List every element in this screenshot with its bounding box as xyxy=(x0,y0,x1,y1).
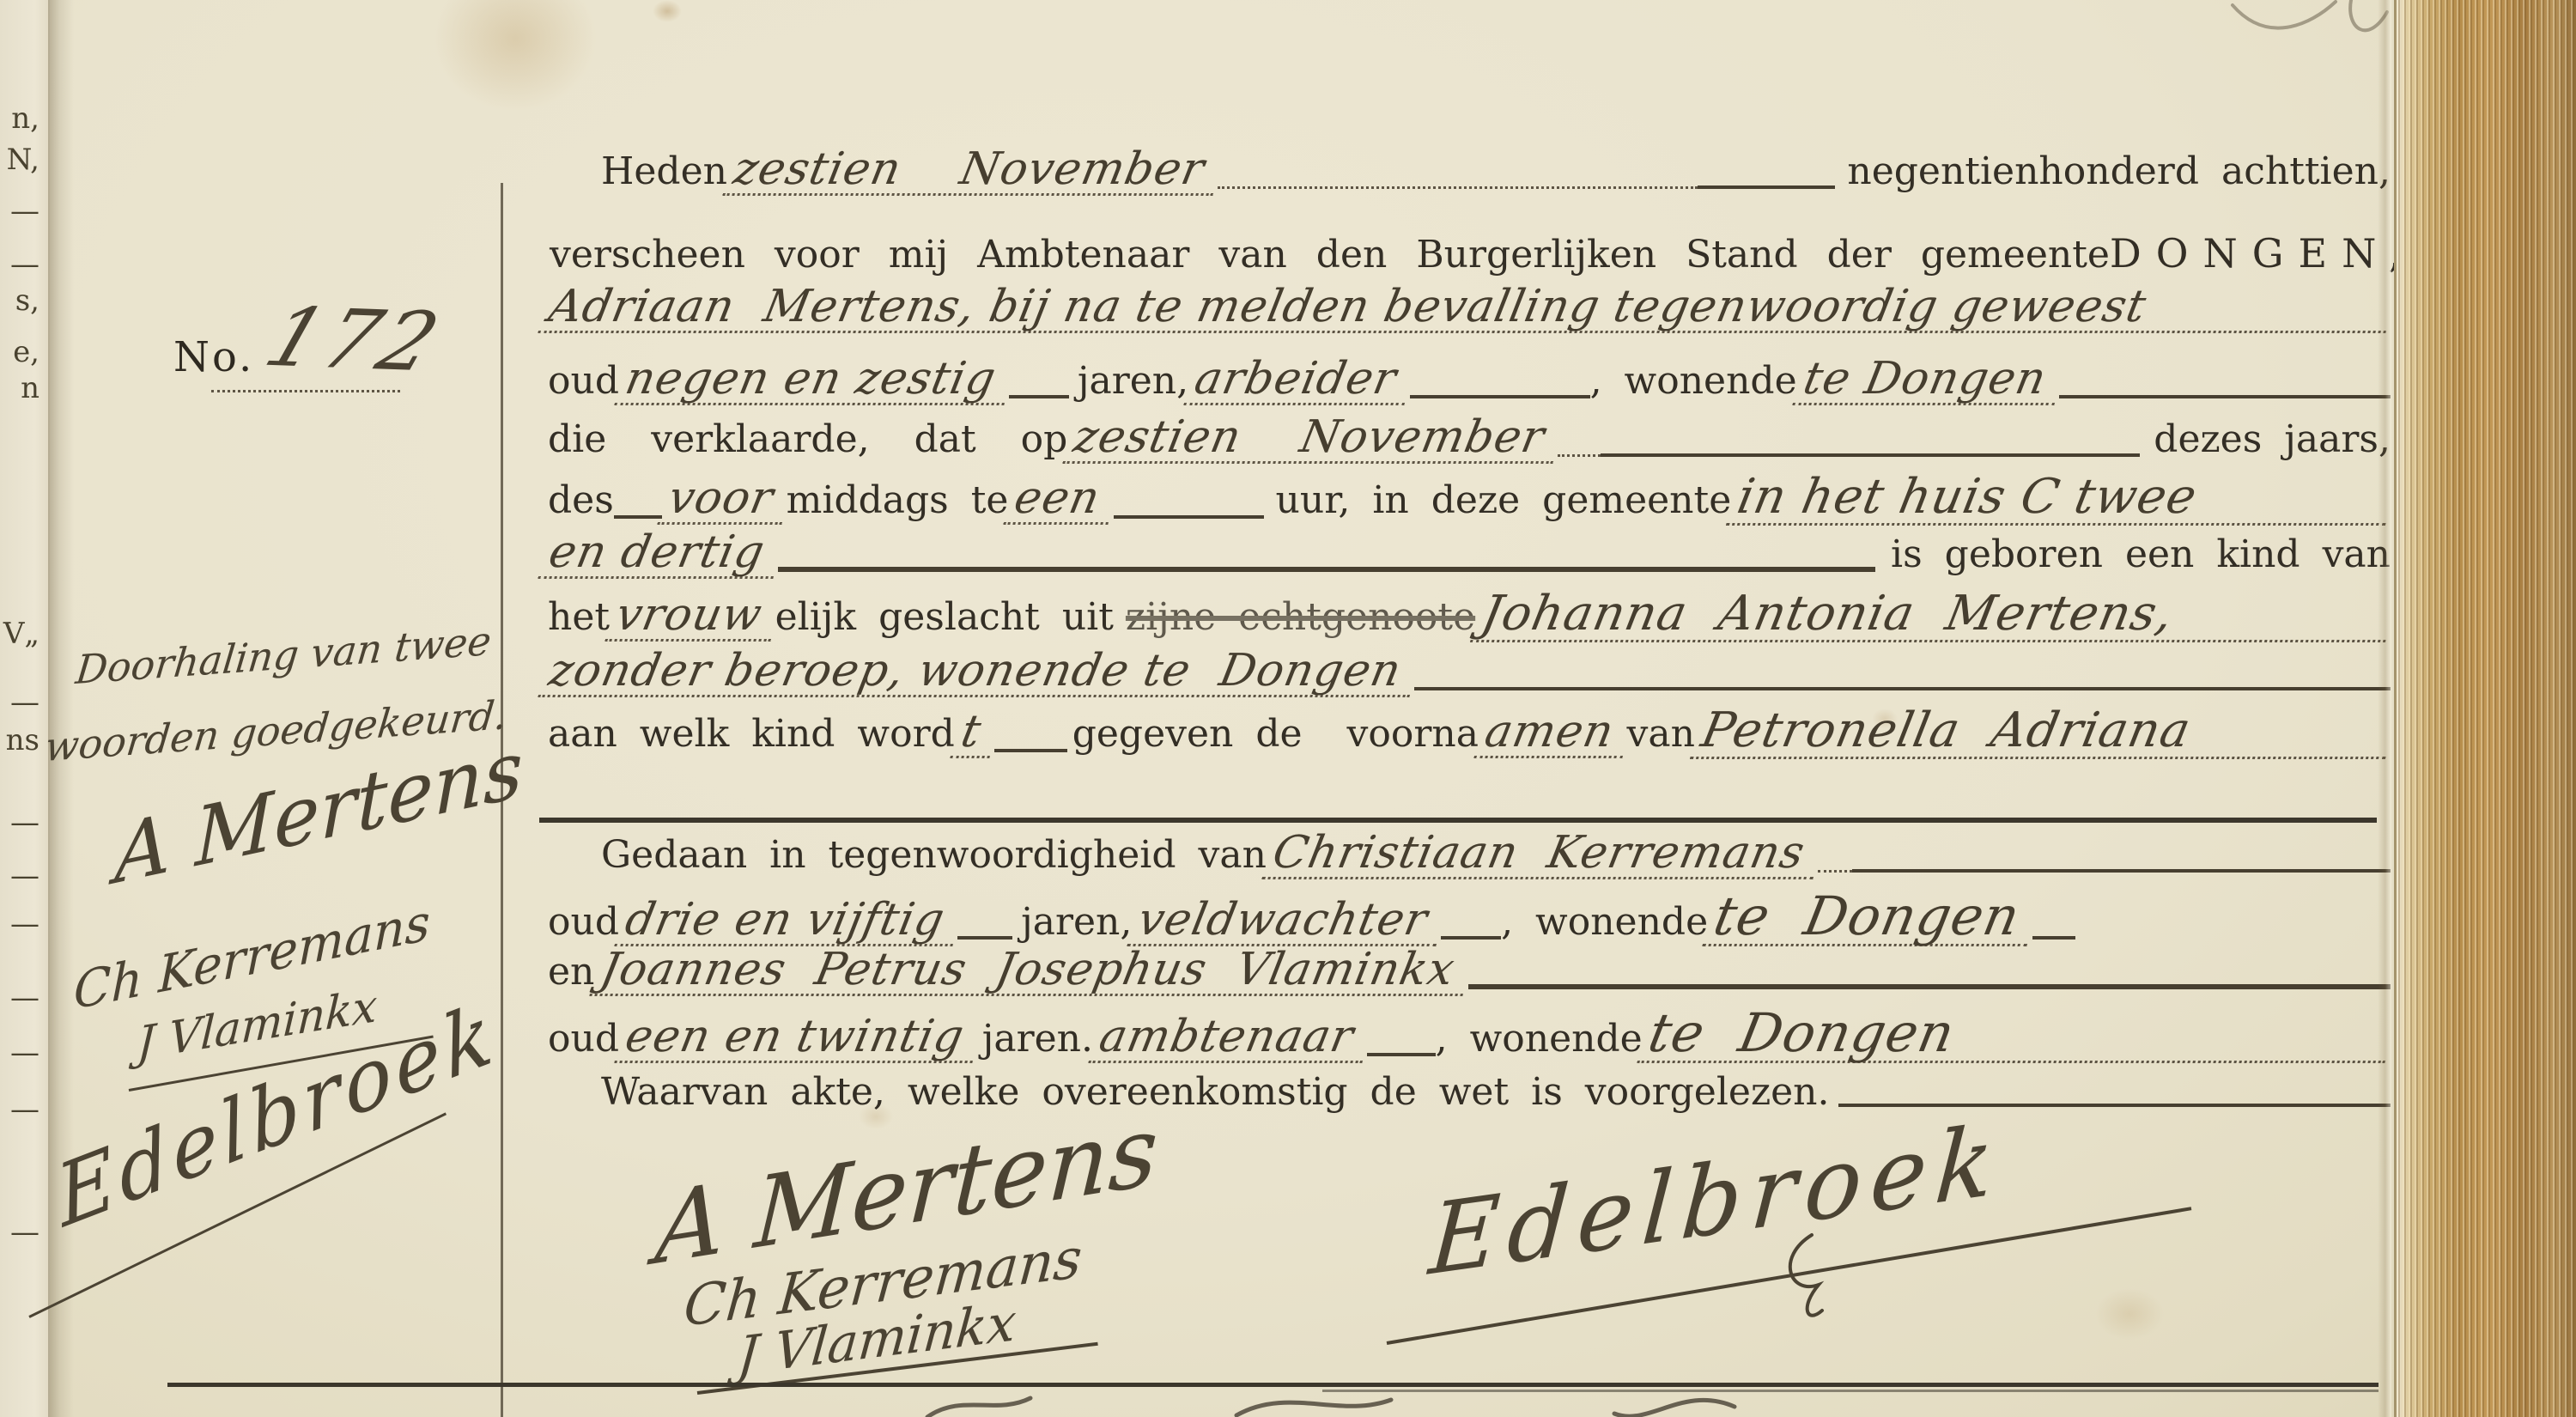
handwritten-letter: t xyxy=(950,708,999,758)
ink-line xyxy=(1410,395,1590,398)
edge-text-fragment: — xyxy=(0,685,39,720)
handwritten-occupation: veldwachter xyxy=(1127,897,1446,946)
edge-text-fragment: e, xyxy=(0,335,39,369)
ink-line xyxy=(1468,984,2391,989)
printed-closing: Waarvan akte, welke overeenkomstig de we… xyxy=(601,1070,1830,1114)
handwritten-child-name: Petronella Adriana xyxy=(1690,706,2396,759)
edge-text-fragment: N, xyxy=(0,143,39,177)
paper-stain xyxy=(653,0,682,22)
handwritten-residence: te Dongen xyxy=(1792,356,2063,405)
printed-text: jaren, xyxy=(1078,359,1188,403)
section-divider-line xyxy=(539,818,2377,823)
dotted-leader xyxy=(1818,870,1852,873)
edge-text-fragment: — xyxy=(0,981,39,1015)
handwritten-residence: te Dongen xyxy=(1637,1005,2397,1063)
printed-text: het xyxy=(548,595,610,639)
paper-stain xyxy=(2095,1288,2164,1340)
handwritten-occupation: ambtenaar xyxy=(1088,1013,1371,1063)
act-line-witness2: en Joannes Petrus Josephus Vlaminkx xyxy=(548,946,2391,996)
printed-text: Heden xyxy=(601,149,727,193)
act-line-witness2-details: oud een en twintig jaren. ambtenaar , wo… xyxy=(548,1005,2391,1063)
act-line-time-place: des voor middags te een uur, in deze gem… xyxy=(548,472,2391,526)
printed-text: en xyxy=(548,950,594,994)
ink-line xyxy=(1114,515,1264,519)
printed-text: die verklaarde, dat op xyxy=(548,417,1067,461)
act-number-label: No. xyxy=(173,333,254,381)
handwritten-daypart: voor xyxy=(657,475,791,525)
act-line-declarant: Adriaan Mertens, bij na te melden bevall… xyxy=(543,283,2391,333)
act-number-value: 172 xyxy=(254,291,455,391)
handwritten-mother-details: zonder beroep, wonende te Dongen xyxy=(538,648,1419,697)
act-line-official: verscheen voor mij Ambtenaar van den Bur… xyxy=(550,230,2391,277)
edge-text-fragment: — xyxy=(0,907,39,941)
ink-line xyxy=(1838,1104,2391,1107)
edge-text-fragment: — xyxy=(0,806,39,840)
act-number-dotted-line xyxy=(211,390,400,392)
paper-stain xyxy=(434,0,597,112)
edge-text-fragment: ns xyxy=(0,723,39,757)
printed-text: Gedaan in tegenwoordigheid van xyxy=(601,833,1267,877)
ink-line xyxy=(1414,687,2391,690)
act-line-mother-details: zonder beroep, wonende te Dongen xyxy=(543,648,2391,697)
printed-text: elijk geslacht uit xyxy=(775,595,1114,639)
handwritten-witness2: Joannes Petrus Josephus Vlaminkx xyxy=(590,946,1473,996)
act-line-gender-mother: het vrouw elijk geslacht uit zijne echtg… xyxy=(548,589,2391,642)
signature-registrar: Edelbroek xyxy=(1426,1111,2005,1290)
ink-line xyxy=(1009,395,1069,398)
ink-line xyxy=(2059,395,2391,398)
handwritten-house: in het huis C twee xyxy=(1726,472,2396,526)
next-entry-fragment xyxy=(773,1390,2061,1417)
act-line-house-continued: en dertig is geboren een kind van xyxy=(543,529,2391,579)
handwritten-witness1: Christiaan Kerremans xyxy=(1261,830,1822,879)
handwritten-mother-name: Johanna Antonia Mertens, xyxy=(1470,589,2396,642)
printed-text: oud xyxy=(548,900,619,944)
act-line-date: Heden zestien November negentienhonderd … xyxy=(601,146,2391,196)
ink-line xyxy=(994,749,1067,752)
edge-text-fragment: — xyxy=(0,194,39,228)
bottom-divider-line xyxy=(167,1383,2379,1387)
printed-year: negentienhonderd achttien, xyxy=(1847,149,2391,193)
printed-text: oud xyxy=(548,1017,619,1061)
ink-line xyxy=(2032,936,2075,940)
handwritten-date: zestien November xyxy=(722,146,1222,196)
handwritten-residence: te Dongen xyxy=(1703,888,2039,946)
handwritten-date: zestien November xyxy=(1063,414,1563,464)
edge-text-fragment: — xyxy=(0,247,39,282)
act-line-declaration-date: die verklaarde, dat op zestien November … xyxy=(548,414,2391,464)
handwritten-gender: vrouw xyxy=(605,592,780,642)
printed-text: , wonende xyxy=(1501,900,1708,944)
handwritten-occupation: arbeider xyxy=(1183,356,1414,405)
signature-flourish-hook xyxy=(1752,1228,1872,1340)
printed-text: oud xyxy=(548,359,619,403)
ink-line xyxy=(957,936,1012,940)
edge-text-fragment: n, xyxy=(0,101,39,136)
municipality-name: DONGEN, xyxy=(2110,230,2415,277)
handwritten-house-continued: en dertig xyxy=(538,529,782,579)
handwritten-suffix: amen xyxy=(1473,708,1631,758)
edge-text-fragment: — xyxy=(0,1215,39,1250)
printed-text: verscheen voor mij Ambtenaar van den Bur… xyxy=(550,233,2110,277)
printed-text: is geboren een kind van xyxy=(1891,532,2391,576)
edge-text-fragment: — xyxy=(0,1036,39,1070)
edge-text-fragment: V„ xyxy=(0,617,39,651)
printed-text: middags te xyxy=(787,478,1009,522)
printed-text: van xyxy=(1627,712,1695,756)
handwritten-declarant: Adriaan Mertens, bij na te melden bevall… xyxy=(538,283,2395,333)
birth-certificate-page: n, N, — — s, e, n V„ — ns — — — — — — — … xyxy=(0,0,2576,1417)
ink-line xyxy=(1441,936,1501,940)
struck-through-words: zijne echtgenoote xyxy=(1126,595,1475,639)
edge-text-fragment: n xyxy=(0,371,39,405)
dotted-leader xyxy=(1558,454,1601,457)
edge-text-fragment: s, xyxy=(0,283,39,318)
printed-text: aan welk kind word xyxy=(548,712,955,756)
ink-line xyxy=(1367,1053,1436,1056)
handwritten-age: een en twintig xyxy=(614,1013,981,1063)
handwritten-hour: een xyxy=(1004,475,1118,525)
edge-text-fragment: — xyxy=(0,1092,39,1127)
printed-text: jaren. xyxy=(982,1017,1093,1061)
printed-text: , wonende xyxy=(1436,1017,1643,1061)
handwritten-age: drie en vijftig xyxy=(614,897,962,946)
printed-text: gegeven de voorna xyxy=(1072,712,1479,756)
book-fore-edge xyxy=(2394,0,2576,1417)
act-line-witnesses-intro: Gedaan in tegenwoordigheid van Christiaa… xyxy=(601,830,2391,879)
act-line-closing: Waarvan akte, welke overeenkomstig de we… xyxy=(601,1070,2391,1114)
ink-line xyxy=(778,567,1876,572)
printed-text: des xyxy=(548,478,614,522)
ink-line xyxy=(1601,453,2140,457)
ink-line xyxy=(614,515,662,519)
page-curl-shadow xyxy=(2378,0,2391,1417)
ink-line xyxy=(1852,869,2391,873)
printed-text: dezes jaars, xyxy=(2154,417,2391,461)
dotted-leader xyxy=(1218,186,1698,189)
printed-text: , wonende xyxy=(1590,359,1797,403)
printed-text: uur, in deze gemeente xyxy=(1276,478,1732,522)
ink-line xyxy=(1698,185,1835,189)
edge-text-fragment: — xyxy=(0,859,39,893)
handwritten-age: negen en zestig xyxy=(614,356,1013,405)
act-line-declarant-details: oud negen en zestig jaren, arbeider , wo… xyxy=(548,356,2391,405)
act-line-child-name: aan welk kind word t gegeven de voorna a… xyxy=(548,706,2391,759)
act-line-witness1-details: oud drie en vijftig jaren, veldwachter ,… xyxy=(548,888,2391,946)
margin-note-line1: Doorhaling van twee xyxy=(74,621,493,690)
printed-text: jaren, xyxy=(1021,900,1132,944)
